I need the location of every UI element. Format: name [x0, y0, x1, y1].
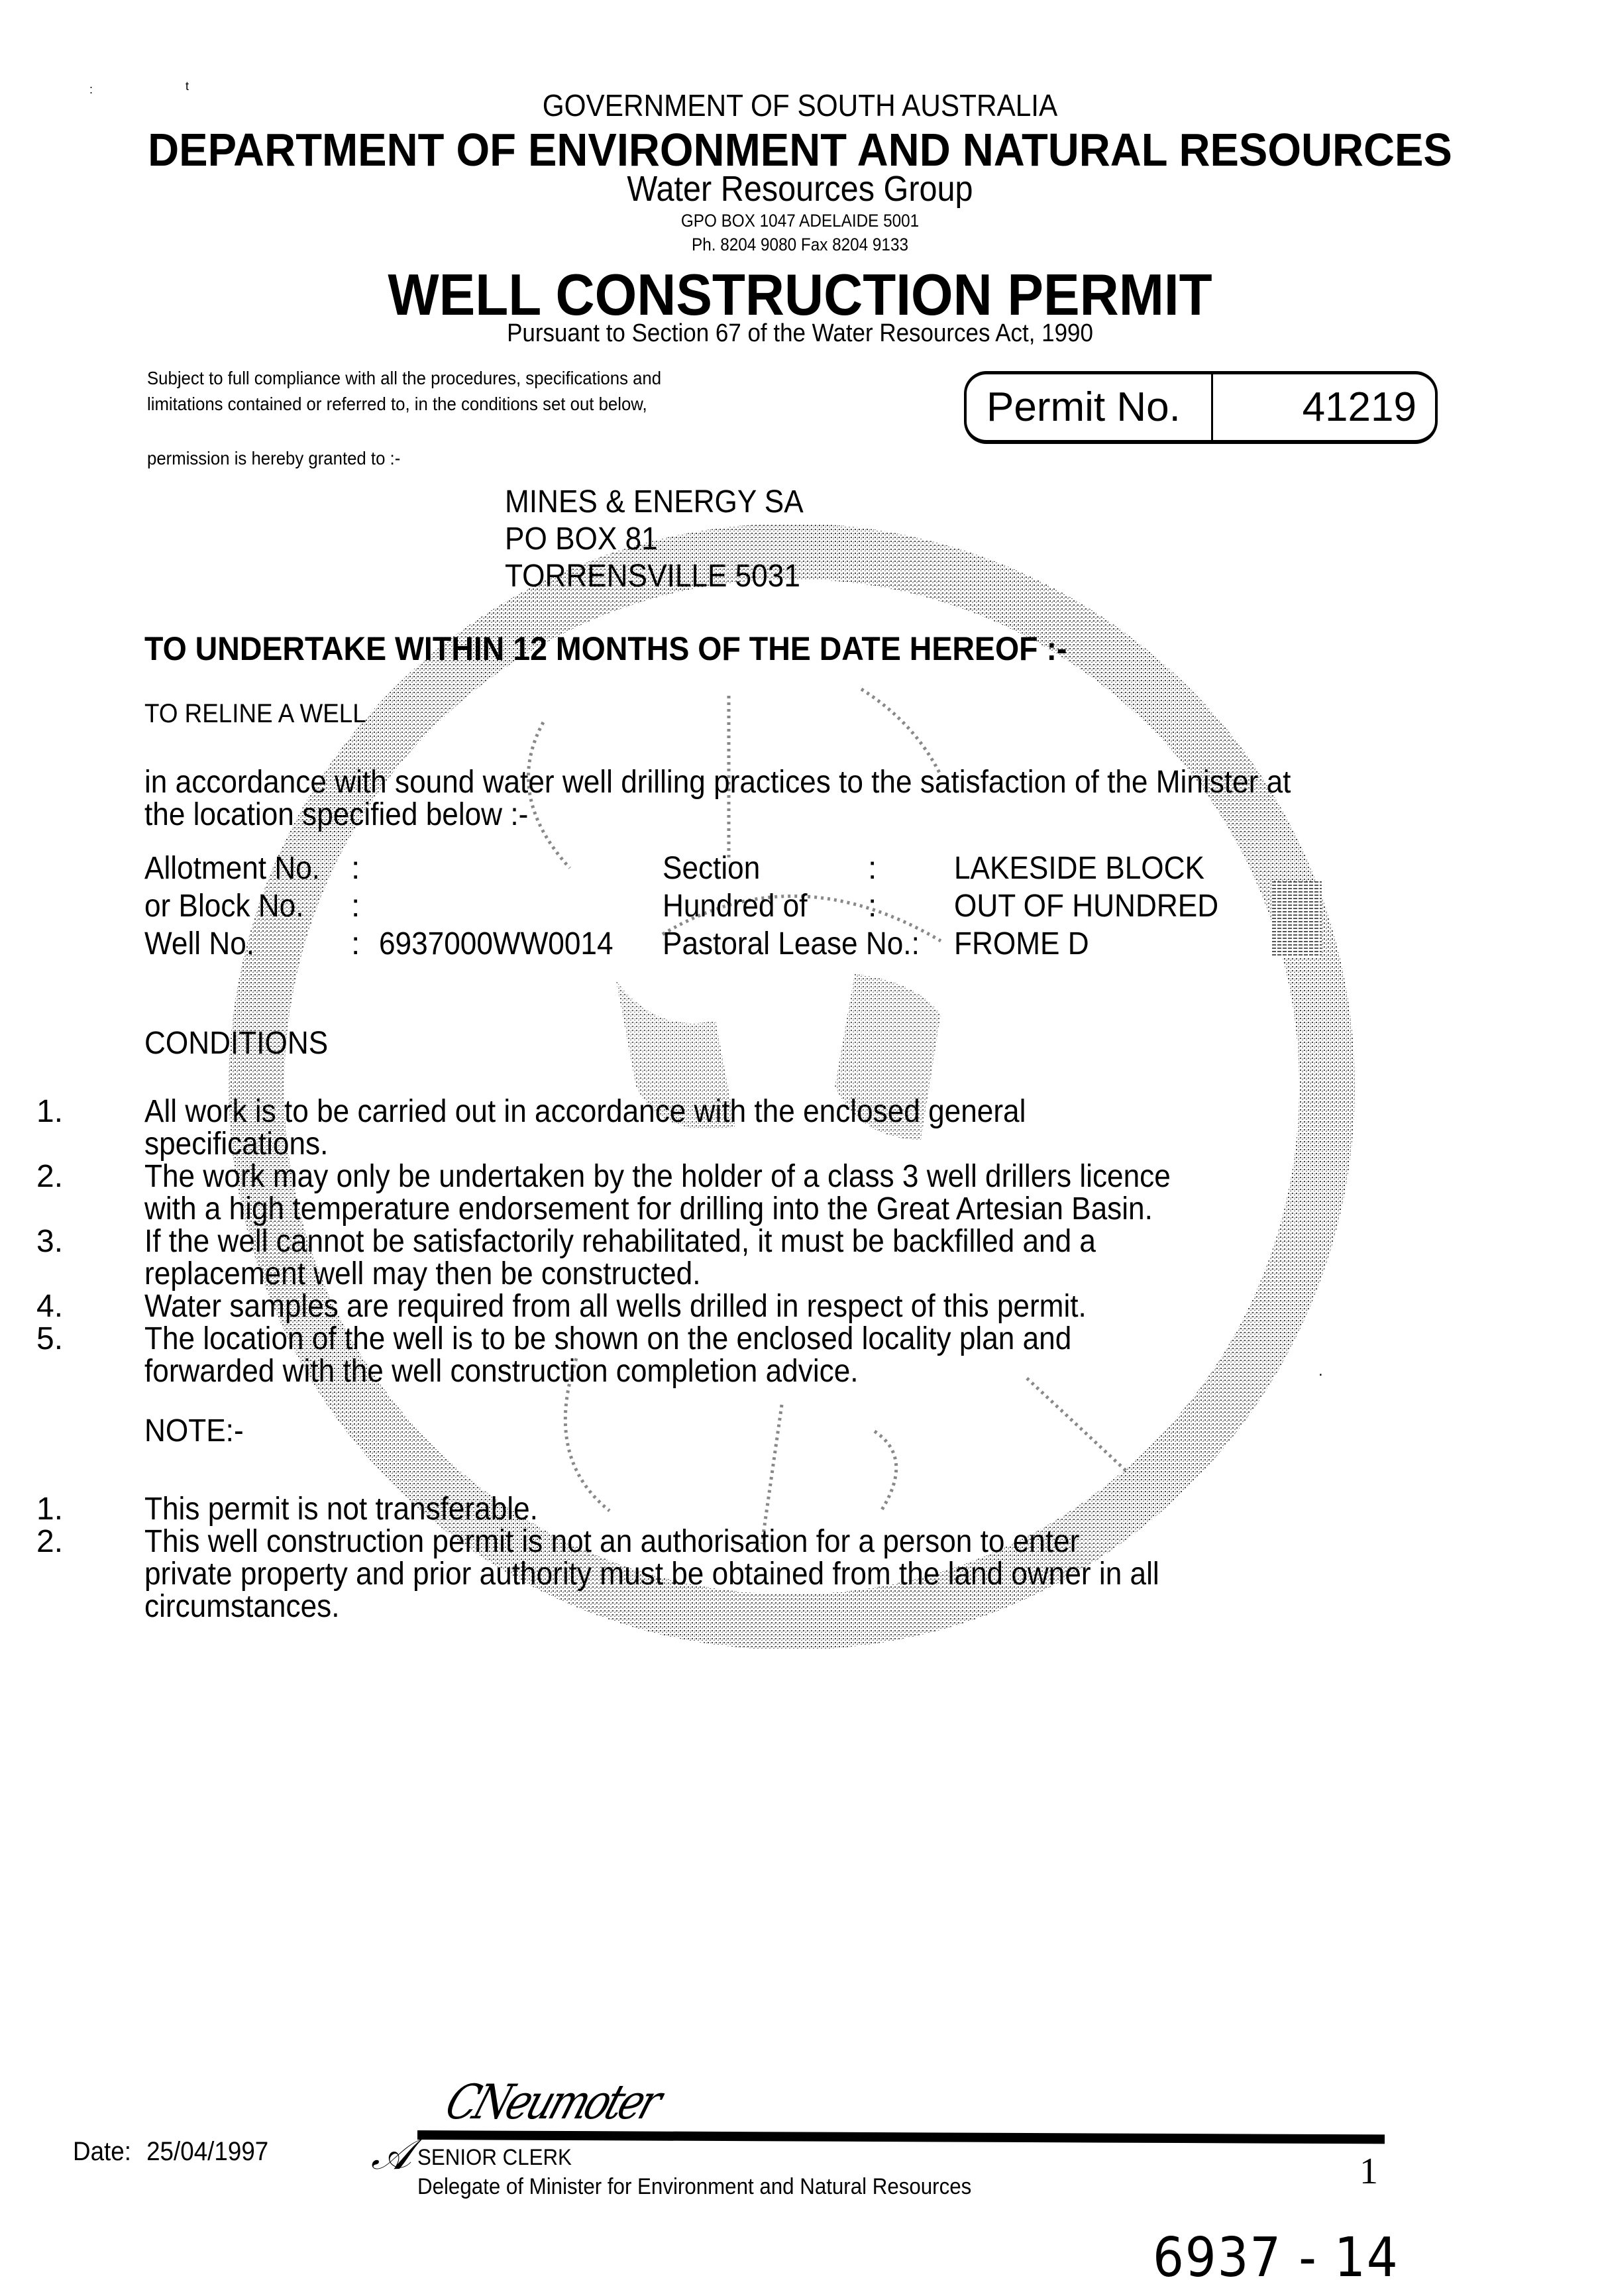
list-item-text: circumstances.	[144, 1588, 339, 1625]
list-item-text: The work may only be undertaken by the h…	[144, 1158, 1171, 1195]
list-item-text: with a high temperature endorsement for …	[144, 1191, 1153, 1227]
preamble-line-2: limitations contained or referred to, in…	[147, 394, 647, 415]
work-task: TO RELINE A WELL	[144, 699, 366, 729]
list-item-number: 2.	[36, 1158, 63, 1195]
date-label: Date:	[73, 2137, 131, 2166]
block-colon: :	[351, 888, 360, 924]
phone-fax: Ph. 8204 9080 Fax 8204 9133	[80, 235, 1520, 255]
delegate-text: Delegate of Minister for Environment and…	[417, 2174, 971, 2200]
undertake-heading: TO UNDERTAKE WITHIN 12 MONTHS OF THE DAT…	[144, 629, 1067, 668]
list-item-text: private property and prior authority mus…	[144, 1556, 1159, 1592]
list-item-number: 1.	[36, 1093, 63, 1130]
section-colon: :	[868, 850, 877, 887]
grantee-po-box: PO BOX 81	[505, 521, 658, 557]
allotment-label: Allotment No.	[144, 850, 320, 887]
permit-number-label: Permit No.	[967, 374, 1213, 440]
permit-number-value: 41219	[1213, 374, 1435, 440]
page-number: 1	[1360, 2150, 1378, 2193]
postal-address: GPO BOX 1047 ADELAIDE 5001	[80, 211, 1520, 231]
permit-number-box: Permit No. 41219	[964, 371, 1438, 444]
document-title: WELL CONSTRUCTION PERMIT	[56, 261, 1544, 329]
list-item-number: 1.	[36, 1491, 63, 1527]
permission-granted: permission is hereby granted to :-	[147, 448, 400, 469]
date-value: 25/04/1997	[146, 2137, 268, 2166]
grantee-town: TORRENSVILLE 5031	[505, 558, 800, 594]
preamble-line-1: Subject to full compliance with all the …	[147, 368, 661, 389]
signature-line	[417, 2130, 1385, 2144]
list-item-text: The location of the well is to be shown …	[144, 1321, 1071, 1357]
list-item-number: 3.	[36, 1223, 63, 1260]
pastoral-lease-label: Pastoral Lease No.:	[663, 926, 920, 962]
signer-title: SENIOR CLERK	[417, 2145, 572, 2171]
signature: CNeumoter	[439, 2074, 666, 2130]
grantee-name: MINES & ENERGY SA	[505, 484, 804, 520]
notes-heading: NOTE:-	[144, 1413, 244, 1449]
hundred-value: OUT OF HUNDRED	[954, 888, 1218, 924]
date-field: Date: 25/04/1997	[73, 2137, 268, 2167]
well-label: Well No.	[144, 926, 254, 962]
legal-basis: Pursuant to Section 67 of the Water Reso…	[64, 319, 1536, 348]
block-label: or Block No.	[144, 888, 304, 924]
list-item-text: forwarded with the well construction com…	[144, 1353, 859, 1390]
well-number-value: 6937000WW0014	[379, 926, 613, 962]
signature-initials: 𝒜	[371, 2130, 411, 2179]
accordance-line-1: in accordance with sound water well dril…	[144, 764, 1291, 800]
hundred-label: Hundred of	[663, 888, 808, 924]
list-item-text: specifications.	[144, 1126, 328, 1162]
stray-mark: .	[1318, 1362, 1323, 1380]
list-item-number: 5.	[36, 1321, 63, 1357]
list-item-text: All work is to be carried out in accorda…	[144, 1093, 1026, 1130]
list-item-text: replacement well may then be constructed…	[144, 1256, 700, 1292]
list-item-number: 4.	[36, 1288, 63, 1325]
group-name: Water Resources Group	[80, 168, 1520, 209]
list-item-number: 2.	[36, 1523, 63, 1560]
section-label: Section	[663, 850, 760, 887]
allotment-colon: :	[351, 850, 360, 887]
list-item-text: If the well cannot be satisfactorily reh…	[144, 1223, 1096, 1260]
accordance-line-2: the location specified below :-	[144, 796, 528, 833]
hundred-colon: :	[868, 888, 877, 924]
pastoral-lease-value: FROME D	[954, 926, 1089, 962]
list-item-text: This permit is not transferable.	[144, 1491, 538, 1527]
conditions-heading: CONDITIONS	[144, 1025, 328, 1062]
government-name: GOVERNMENT OF SOUTH AUSTRALIA	[64, 87, 1536, 123]
list-item-text: This well construction permit is not an …	[144, 1523, 1079, 1560]
list-item-text: Water samples are required from all well…	[144, 1288, 1087, 1325]
well-colon: :	[351, 926, 360, 962]
section-value: LAKESIDE BLOCK	[954, 850, 1204, 887]
handwritten-reference: 6937 - 14	[1153, 2226, 1399, 2289]
